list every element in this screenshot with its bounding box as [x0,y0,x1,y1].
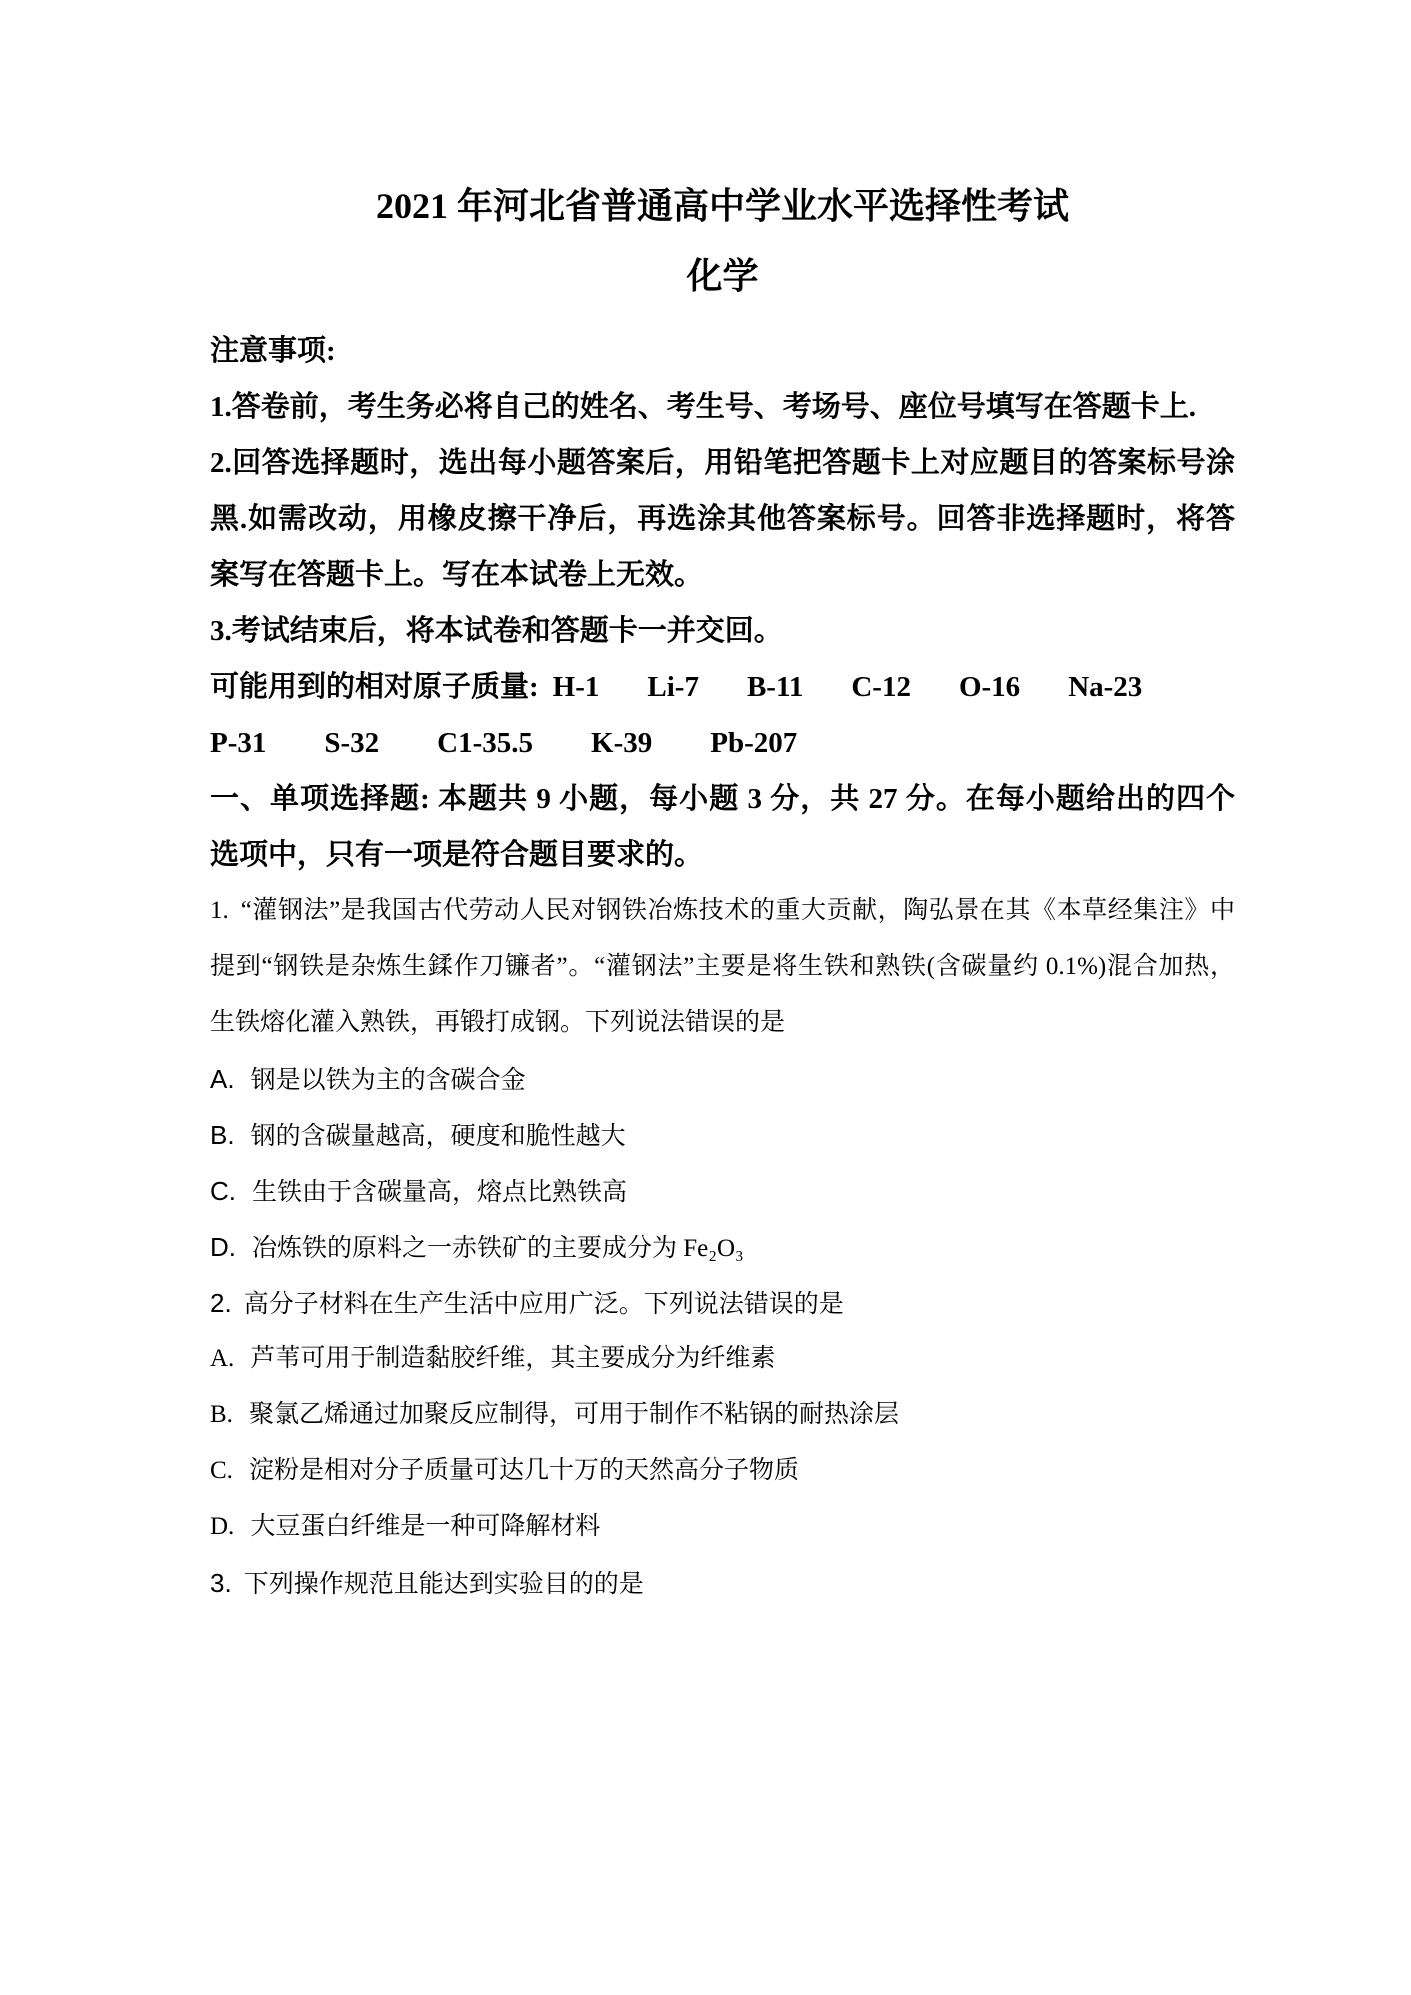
question-2-option-b-text: 聚氯乙烯通过加聚反应制得，可用于制作不粘锅的耐热涂层 [249,1401,899,1428]
question-2-option-c-label: C. [210,1457,233,1484]
question-1-option-d-text: 冶炼铁的原料之一赤铁矿的主要成分为 Fe₂O₃ [252,1235,744,1262]
question-2-option-b-label: B. [210,1401,233,1428]
page-content: 2021 年河北省普通高中学业水平选择性考试 化学 注意事项: 1.答卷前，考生… [0,0,1411,1611]
atomic-mass-s: S-32 [324,727,379,759]
atomic-mass-k: K-39 [591,727,652,759]
atomic-mass-c: C-12 [851,671,911,703]
atomic-mass-cl: C1-35.5 [437,727,533,759]
question-2-option-a-text: 芦苇可用于制造黏胶纤维，其主要成分为纤维素 [250,1345,775,1372]
question-2-stem-text: 高分子材料在生产生活中应用广泛。下列说法错误的是 [244,1291,844,1318]
question-3-stem-text: 下列操作规范且能达到实验目的的是 [244,1571,644,1598]
question-2-option-d-text: 大豆蛋白纤维是一种可降解材料 [250,1513,600,1540]
atomic-mass-o: O-16 [959,671,1020,703]
section-1-heading-line-2: 选项中，只有一项是符合题目要求的。 [210,827,1235,883]
notice-item-1: 1.答卷前，考生务必将自己的姓名、考生号、考场号、座位号填写在答题卡上. [210,379,1235,435]
question-2-option-c: C.淀粉是相对分子质量可达几十万的天然高分子物质 [210,1443,1235,1499]
question-2-option-a: A.芦苇可用于制造黏胶纤维，其主要成分为纤维素 [210,1331,1235,1387]
atomic-mass-li: Li-7 [647,671,699,703]
atomic-masses-row-2: P-31S-32C1-35.5K-39Pb-207 [210,715,1235,771]
question-2-stem: 2.高分子材料在生产生活中应用广泛。下列说法错误的是 [210,1275,1235,1331]
question-1-option-a-label: A. [210,1064,235,1094]
notice-heading: 注意事项: [210,323,1235,379]
question-1-option-c-text: 生铁由于含碳量高，熔点比熟铁高 [252,1179,627,1206]
question-1-stem-text-1: “灌钢法”是我国古代劳动人民对钢铁冶炼技术的重大贡献，陶弘景在其《本草经集注》中 [241,897,1235,924]
question-2-number: 2. [210,1288,232,1318]
question-1-option-c-label: C. [210,1176,236,1206]
notice-item-3: 3.考试结束后，将本试卷和答题卡一并交回。 [210,603,1235,659]
atomic-mass-na: Na-23 [1068,671,1142,703]
question-1-option-b: B.钢的含碳量越高，硬度和脆性越大 [210,1107,1235,1163]
question-2-option-d: D.大豆蛋白纤维是一种可降解材料 [210,1499,1235,1555]
question-2-option-b: B.聚氯乙烯通过加聚反应制得，可用于制作不粘锅的耐热涂层 [210,1387,1235,1443]
question-1-option-a: A.钢是以铁为主的含碳合金 [210,1051,1235,1107]
notice-item-2-line-2: 黑.如需改动，用橡皮擦干净后，再选涂其他答案标号。回答非选择题时，将答 [210,491,1235,547]
question-3-stem: 3.下列操作规范且能达到实验目的的是 [210,1555,1235,1611]
question-1-option-c: C.生铁由于含碳量高，熔点比熟铁高 [210,1163,1235,1219]
atomic-mass-pb: Pb-207 [710,727,797,759]
question-1-stem-line-3: 生铁熔化灌入熟铁，再锻打成钢。下列说法错误的是 [210,995,1235,1051]
question-1-option-a-text: 钢是以铁为主的含碳合金 [251,1067,526,1094]
atomic-masses-row-1: 可能用到的相对原子质量:H-1Li-7B-11C-12O-16Na-23 [210,659,1235,715]
atomic-mass-h: H-1 [553,671,600,703]
question-2-option-c-text: 淀粉是相对分子质量可达几十万的天然高分子物质 [249,1457,799,1484]
question-1-option-b-label: B. [210,1120,235,1150]
question-3-number: 3. [210,1568,232,1598]
question-2-option-d-label: D. [210,1513,234,1540]
atomic-mass-p: P-31 [210,727,266,759]
subject-title: 化学 [210,256,1235,296]
question-1-option-b-text: 钢的含碳量越高，硬度和脆性越大 [251,1123,626,1150]
question-2-option-a-label: A. [210,1345,234,1372]
page-title: 2021 年河北省普通高中学业水平选择性考试 [210,186,1235,226]
atomic-masses-label: 可能用到的相对原子质量: [210,671,539,703]
atomic-mass-b: B-11 [747,671,803,703]
notice-item-2-line-3: 案写在答题卡上。写在本试卷上无效。 [210,547,1235,603]
question-1-option-d-label: D. [210,1232,236,1262]
section-1-heading-line-1: 一、单项选择题: 本题共 9 小题，每小题 3 分，共 27 分。在每小题给出的… [210,771,1235,827]
question-1-stem-line-1: 1.“灌钢法”是我国古代劳动人民对钢铁冶炼技术的重大贡献，陶弘景在其《本草经集注… [210,883,1235,939]
question-1-stem-line-2: 提到“钢铁是杂炼生鍒作刀镰者”。“灌钢法”主要是将生铁和熟铁(含碳量约 0.1%… [210,939,1235,995]
exam-paper-page: 2021 年河北省普通高中学业水平选择性考试 化学 注意事项: 1.答卷前，考生… [0,0,1411,1995]
question-1-option-d: D.冶炼铁的原料之一赤铁矿的主要成分为 Fe₂O₃ [210,1219,1235,1275]
notice-item-2-line-1: 2.回答选择题时，选出每小题答案后，用铅笔把答题卡上对应题目的答案标号涂 [210,435,1235,491]
question-1-number: 1. [210,897,229,924]
